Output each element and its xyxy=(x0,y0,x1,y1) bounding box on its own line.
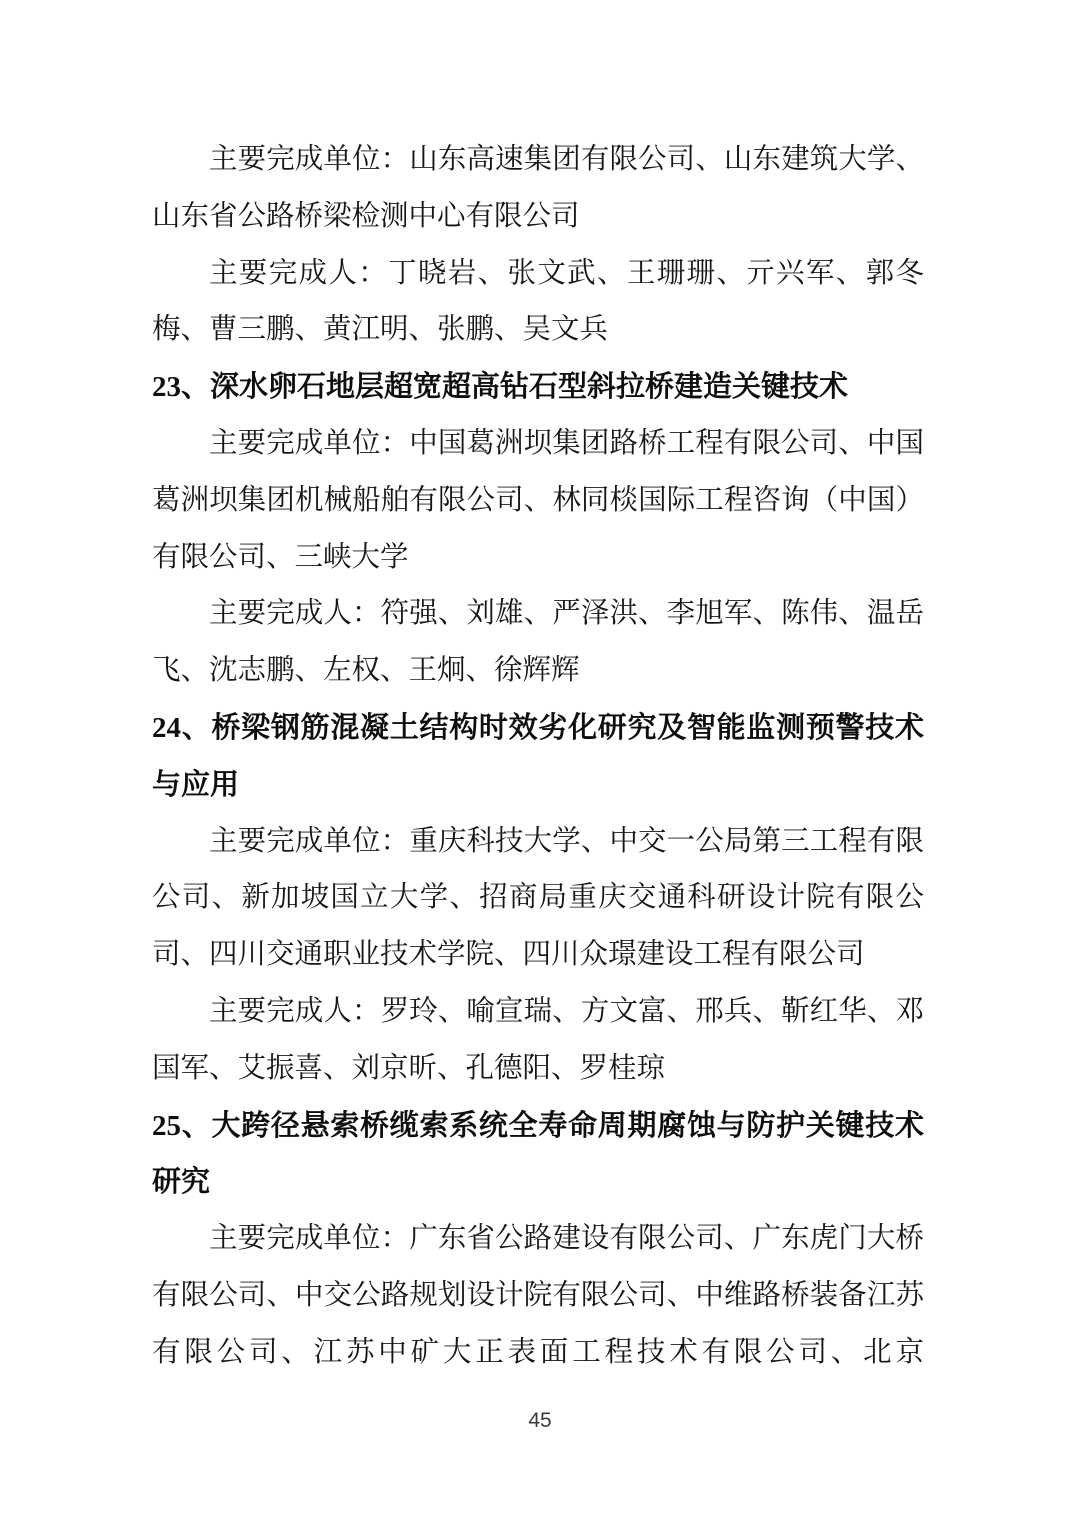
page-number: 45 xyxy=(0,1406,1080,1436)
entry25-main-units-paragraph: 主要完成单位：广东省公路建设有限公司、广东虎门大桥有限公司、中交公路规划设计院有… xyxy=(152,1211,924,1381)
award-heading-24: 24、桥梁钢筋混凝土结构时效劣化研究及智能监测预警技术与应用 xyxy=(152,700,924,814)
entry24-main-units-paragraph: 主要完成单位：重庆科技大学、中交一公局第三工程有限公司、新加坡国立大学、招商局重… xyxy=(152,814,924,984)
entry22-main-contributors-paragraph: 主要完成人：丁晓岩、张文武、王珊珊、亓兴军、郭冬梅、曹三鹏、黄江明、张鹏、吴文兵 xyxy=(152,246,924,360)
award-heading-23: 23、深水卵石地层超宽超高钻石型斜拉桥建造关键技术 xyxy=(152,359,924,416)
entry23-main-contributors-paragraph: 主要完成人：符强、刘雄、严泽洪、李旭军、陈伟、温岳飞、沈志鹏、左权、王炯、徐辉辉 xyxy=(152,586,924,700)
document-body: 主要完成单位：山东高速集团有限公司、山东建筑大学、山东省公路桥梁检测中心有限公司… xyxy=(152,132,924,1382)
entry22-main-units-paragraph: 主要完成单位：山东高速集团有限公司、山东建筑大学、山东省公路桥梁检测中心有限公司 xyxy=(152,132,924,246)
award-heading-25: 25、大跨径悬索桥缆索系统全寿命周期腐蚀与防护关键技术研究 xyxy=(152,1098,924,1212)
entry24-main-contributors-paragraph: 主要完成人：罗玲、喻宣瑞、方文富、邢兵、靳红华、邓国军、艾振喜、刘京昕、孔德阳、… xyxy=(152,984,924,1098)
entry23-main-units-paragraph: 主要完成单位：中国葛洲坝集团路桥工程有限公司、中国葛洲坝集团机械船舶有限公司、林… xyxy=(152,416,924,586)
document-page: 主要完成单位：山东高速集团有限公司、山东建筑大学、山东省公路桥梁检测中心有限公司… xyxy=(0,0,1080,1527)
